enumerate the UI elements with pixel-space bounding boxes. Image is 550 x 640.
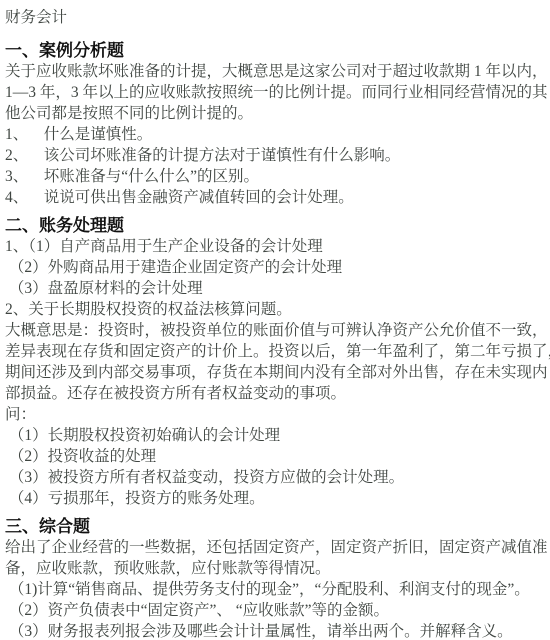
list-item: （2）投资收益的处理 xyxy=(5,446,546,467)
document-page: 财务会计 一、案例分析题 关于应收账款坏账准备的计提，大概意思是这家公司对于超过… xyxy=(0,0,550,640)
text-line: 1—3 年，3 年以上的应收账款按照统一的比例计提。而同行业相同经营情况的其 xyxy=(5,82,546,103)
text-line: 备，应收账款，预收账款，应付账款等得情况。 xyxy=(5,558,546,579)
text-line: 差异表现在存货和固定资产的计价上。投资以后，第一年盈利了，第二年亏损了， xyxy=(5,341,546,362)
list-item: 2、关于长期股权投资的权益法核算问题。 xyxy=(5,299,546,320)
text-line: 期间还涉及到内部交易事项，存货在本期间内没有全部对外出售，存在未实现内 xyxy=(5,362,546,383)
section-heading-case-analysis: 一、案例分析题 xyxy=(5,40,546,61)
text-line: 给出了企业经营的一些数据，还包括固定资产，固定资产折旧，固定资产减值准 xyxy=(5,537,546,558)
list-item: 1、（1）自产商品用于生产企业设备的会计处理 xyxy=(5,236,546,257)
list-item: （4）亏损那年，投资方的账务处理。 xyxy=(5,488,546,509)
section-heading-accounting-treatment: 二、账务处理题 xyxy=(5,215,546,236)
text-line: 部损益。还存在被投资方所有者权益变动的事项。 xyxy=(5,383,546,404)
list-item: 1、 什么是谨慎性。 xyxy=(5,124,546,145)
list-item: 4、 说说可供出售金融资产减值转回的会计处理。 xyxy=(5,187,546,208)
list-item: （3）盘盈原材料的会计处理 xyxy=(5,278,546,299)
text-line: 他公司都是按照不同的比例计提的。 xyxy=(5,103,546,124)
list-item: （1)计算“销售商品、提供劳务支付的现金”，“分配股利、利润支付的现金”。 xyxy=(5,579,546,600)
list-item: （3）被投资方所有者权益变动，投资方应做的会计处理。 xyxy=(5,467,546,488)
text-line: 问： xyxy=(5,404,546,425)
list-item: 2、 该公司坏账准备的计提方法对于谨慎性有什么影响。 xyxy=(5,145,546,166)
list-item: （2）资产负债表中“固定资产”、 “应收账款”等的金额。 xyxy=(5,600,546,621)
list-item: （2）外购商品用于建造企业固定资产的会计处理 xyxy=(5,257,546,278)
text-line: 大概意思是：投资时，被投资单位的账面价值与可辨认净资产公允价值不一致， xyxy=(5,320,546,341)
section-heading-comprehensive: 三、综合题 xyxy=(5,516,546,537)
doc-title: 财务会计 xyxy=(5,7,546,28)
list-item: （3）财务报表列报会涉及哪些会计计量属性，请举出两个。并解释含义。 xyxy=(5,621,546,640)
text-line: 关于应收账款坏账准备的计提，大概意思是这家公司对于超过收款期 1 年以内， xyxy=(5,61,546,82)
list-item: 3、 坏账准备与“什么什么”的区别。 xyxy=(5,166,546,187)
list-item: （1）长期股权投资初始确认的会计处理 xyxy=(5,425,546,446)
